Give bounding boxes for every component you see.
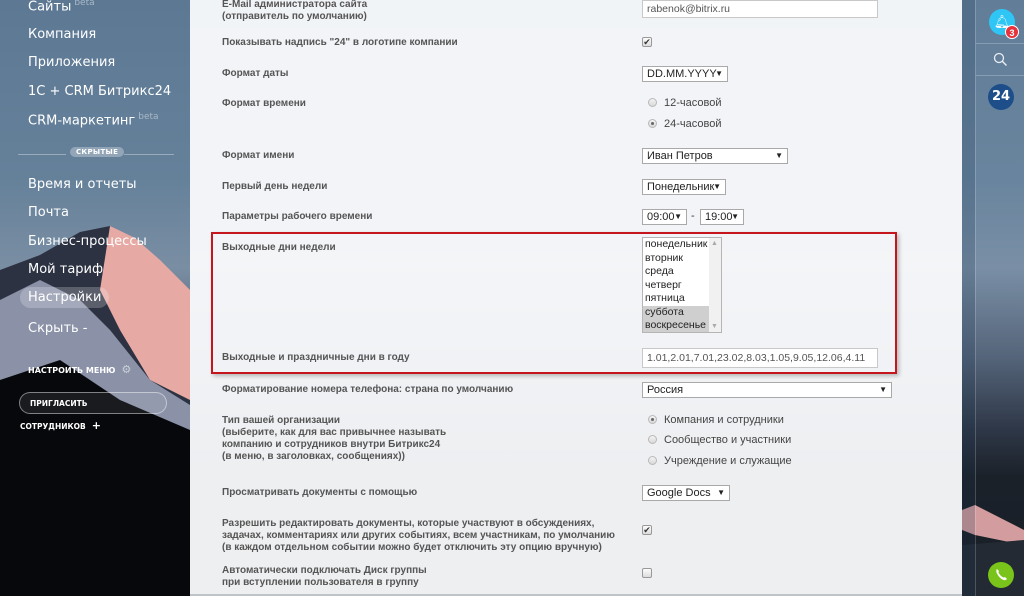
phone-format-label: Форматирование номера телефона: страна п… — [222, 384, 513, 396]
sidebar-item-company[interactable]: Компания — [28, 27, 96, 42]
hidden-items-separator[interactable]: СКРЫТЫЕ — [18, 147, 174, 161]
select-value: Россия — [647, 384, 683, 396]
radio-label: Компания и сотрудники — [664, 414, 784, 426]
phone-country-select[interactable]: Россия▼ — [642, 382, 892, 398]
auto-disk-checkbox[interactable] — [642, 568, 652, 578]
time-format-12h-radio[interactable]: 12-часовой — [648, 97, 721, 109]
left-sidebar: Сайтыbeta Компания Приложения 1С + CRM Б… — [0, 0, 190, 596]
dropdown-arrow-icon: ▼ — [879, 383, 887, 397]
allow-edit-checkbox[interactable]: ✔ — [642, 525, 652, 535]
divider — [18, 154, 66, 155]
dropdown-arrow-icon: ▼ — [731, 210, 739, 224]
right-toolbar: 🔔︎ 3 24 — [975, 0, 1024, 596]
divider — [976, 43, 1024, 44]
sidebar-item-crm-marketing[interactable]: CRM-маркетингbeta — [28, 112, 159, 128]
select-value: Понедельник — [647, 181, 714, 193]
org-type-label: Тип вашей организации(выберите, как для … — [222, 415, 446, 463]
weekend-option-saturday[interactable]: суббота — [643, 306, 709, 320]
name-format-label: Формат имени — [222, 150, 294, 162]
sidebar-item-business-processes[interactable]: Бизнес-процессы — [28, 234, 147, 249]
dropdown-arrow-icon: ▼ — [713, 180, 721, 194]
sidebar-item-hide[interactable]: Скрыть - — [28, 321, 88, 336]
date-format-label: Формат даты — [222, 68, 288, 80]
notification-count-badge: 3 — [1005, 25, 1019, 39]
doc-viewer-select[interactable]: Google Docs▼ — [642, 485, 730, 501]
dropdown-arrow-icon: ▼ — [715, 67, 723, 81]
divider — [124, 154, 174, 155]
weekends-multiselect[interactable]: понедельник вторник среда четверг пятниц… — [642, 237, 722, 333]
admin-email-label: E-Mail администратора сайта(отправитель … — [222, 0, 367, 23]
listbox-scrollbar[interactable]: ▲▼ — [709, 238, 721, 332]
org-type-company-radio[interactable]: Компания и сотрудники — [648, 414, 784, 426]
weekend-option-tuesday[interactable]: вторник — [643, 252, 709, 266]
sidebar-item-label: CRM-маркетинг — [28, 113, 135, 128]
select-value: Иван Петров — [647, 150, 713, 162]
weekend-option-monday[interactable]: понедельник — [643, 238, 709, 252]
phone-icon — [988, 562, 1014, 588]
weekend-option-friday[interactable]: пятница — [643, 292, 709, 306]
phone-call-button[interactable] — [988, 562, 1014, 588]
admin-email-input[interactable] — [642, 0, 878, 18]
configure-menu-button[interactable]: НАСТРОИТЬ МЕНЮ⚙ — [28, 363, 131, 376]
search-icon[interactable] — [992, 51, 1010, 69]
dropdown-arrow-icon: ▼ — [674, 210, 682, 224]
name-format-select[interactable]: Иван Петров▼ — [642, 148, 788, 164]
first-day-select[interactable]: Понедельник▼ — [642, 179, 726, 195]
weekend-option-sunday[interactable]: воскресенье — [643, 319, 709, 333]
divider — [976, 75, 1024, 76]
configure-menu-label: НАСТРОИТЬ МЕНЮ — [28, 366, 115, 375]
weekend-option-wednesday[interactable]: среда — [643, 265, 709, 279]
sidebar-item-sites[interactable]: Сайтыbeta — [28, 0, 95, 14]
right-scroll-strip — [962, 0, 975, 596]
radio-selected-icon — [648, 415, 657, 424]
radio-label: 24-часовой — [664, 118, 721, 130]
work-time-to-select[interactable]: 19:00▼ — [700, 209, 744, 225]
settings-form: E-Mail администратора сайта(отправитель … — [190, 0, 962, 594]
radio-label: 12-часовой — [664, 97, 721, 109]
sidebar-item-time-reports[interactable]: Время и отчеты — [28, 177, 137, 192]
radio-label: Учреждение и служащие — [664, 455, 792, 467]
scroll-up-icon[interactable]: ▲ — [711, 240, 718, 247]
select-value: Google Docs — [647, 487, 711, 499]
gear-icon: ⚙ — [121, 363, 131, 376]
radio-label: Сообщество и участники — [664, 434, 791, 446]
holidays-label: Выходные и праздничные дни в году — [222, 352, 410, 364]
show-24-checkbox[interactable]: ✔ — [642, 37, 652, 47]
radio-icon — [648, 98, 657, 107]
sidebar-item-apps[interactable]: Приложения — [28, 55, 115, 70]
weekends-label: Выходные дни недели — [222, 242, 336, 254]
org-type-institution-radio[interactable]: Учреждение и служащие — [648, 455, 792, 467]
beta-badge: beta — [138, 112, 158, 122]
radio-selected-icon — [648, 119, 657, 128]
auto-disk-label: Автоматически подключать Диск группыпри … — [222, 565, 427, 589]
sidebar-item-mail[interactable]: Почта — [28, 205, 69, 220]
allow-edit-label: Разрешить редактировать документы, котор… — [222, 518, 615, 554]
org-type-community-radio[interactable]: Сообщество и участники — [648, 434, 791, 446]
select-value: 09:00 — [647, 211, 675, 223]
select-value: DD.MM.YYYY — [647, 68, 717, 80]
work-time-separator: - — [691, 210, 695, 222]
weekend-option-thursday[interactable]: четверг — [643, 279, 709, 293]
dropdown-arrow-icon: ▼ — [775, 149, 783, 163]
plus-icon: + — [92, 419, 101, 432]
doc-viewer-label: Просматривать документы с помощью — [222, 487, 417, 499]
invite-label: ПРИГЛАСИТЬ СОТРУДНИКОВ — [20, 399, 87, 431]
hidden-label: СКРЫТЫЕ — [70, 147, 124, 157]
beta-badge: beta — [74, 0, 94, 8]
work-time-from-select[interactable]: 09:00▼ — [642, 209, 687, 225]
date-format-select[interactable]: DD.MM.YYYY▼ — [642, 66, 728, 82]
first-day-label: Первый день недели — [222, 181, 327, 193]
dropdown-arrow-icon: ▼ — [717, 486, 725, 500]
show-24-label: Показывать надпись "24" в логотипе компа… — [222, 37, 458, 49]
select-value: 19:00 — [705, 211, 733, 223]
holidays-input[interactable] — [642, 348, 878, 368]
sidebar-item-1c-crm[interactable]: 1С + CRM Битрикс24 — [28, 84, 171, 99]
invite-employees-button[interactable]: ПРИГЛАСИТЬ СОТРУДНИКОВ+ — [19, 392, 167, 414]
scroll-down-icon[interactable]: ▼ — [711, 323, 718, 330]
radio-icon — [648, 435, 657, 444]
sidebar-item-my-plan[interactable]: Мой тариф — [28, 262, 103, 277]
sidebar-item-label: Сайты — [28, 0, 71, 14]
time-format-24h-radio[interactable]: 24-часовой — [648, 118, 721, 130]
work-time-label: Параметры рабочего времени — [222, 211, 372, 223]
bitrix24-logo-button[interactable]: 24 — [988, 84, 1014, 110]
radio-icon — [648, 456, 657, 465]
time-format-label: Формат времени — [222, 98, 306, 110]
sidebar-item-settings[interactable]: Настройки — [20, 287, 109, 308]
